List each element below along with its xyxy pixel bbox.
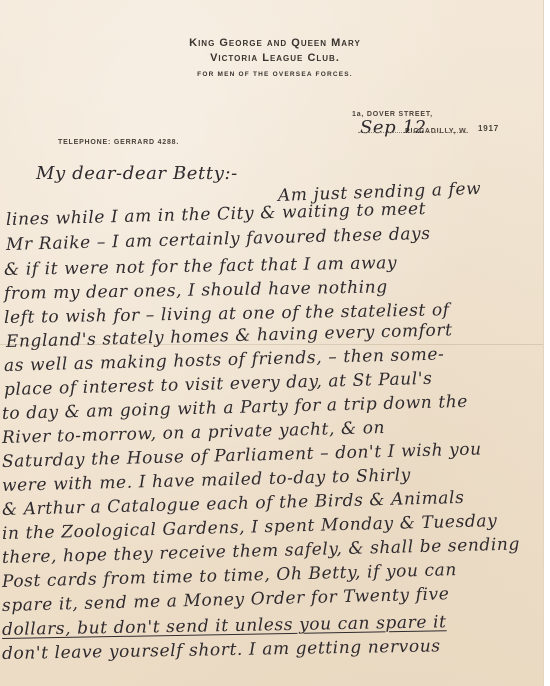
salutation: My dear-dear Betty:-	[36, 163, 238, 184]
printed-year: 1917	[478, 124, 499, 133]
club-name-line2: Victoria League Club.	[0, 51, 550, 66]
letter-line-19: dollars, but don't send it unless you ca…	[2, 612, 447, 640]
club-name-line1: King George and Queen Mary	[0, 36, 550, 51]
date-dotted-rule	[358, 132, 468, 133]
letterhead: King George and Queen Mary Victoria Leag…	[0, 36, 550, 82]
telephone-number: TELEPHONE: GERRARD 4288.	[58, 139, 179, 146]
club-subtitle: FOR MEN OF THE OVERSEA FORCES.	[0, 68, 550, 82]
letter-line-5: from my dear ones, I should have nothing	[4, 277, 388, 304]
letter-line-20: don't leave yourself short. I am getting…	[2, 636, 441, 664]
letter-line-3: Mr Raike – I am certainly favoured these…	[6, 224, 431, 255]
letter-paper: King George and Queen Mary Victoria Leag…	[0, 0, 543, 686]
handwritten-date: Sep 12	[360, 117, 427, 138]
letter-line-4: & if it were not for the fact that I am …	[4, 253, 397, 280]
